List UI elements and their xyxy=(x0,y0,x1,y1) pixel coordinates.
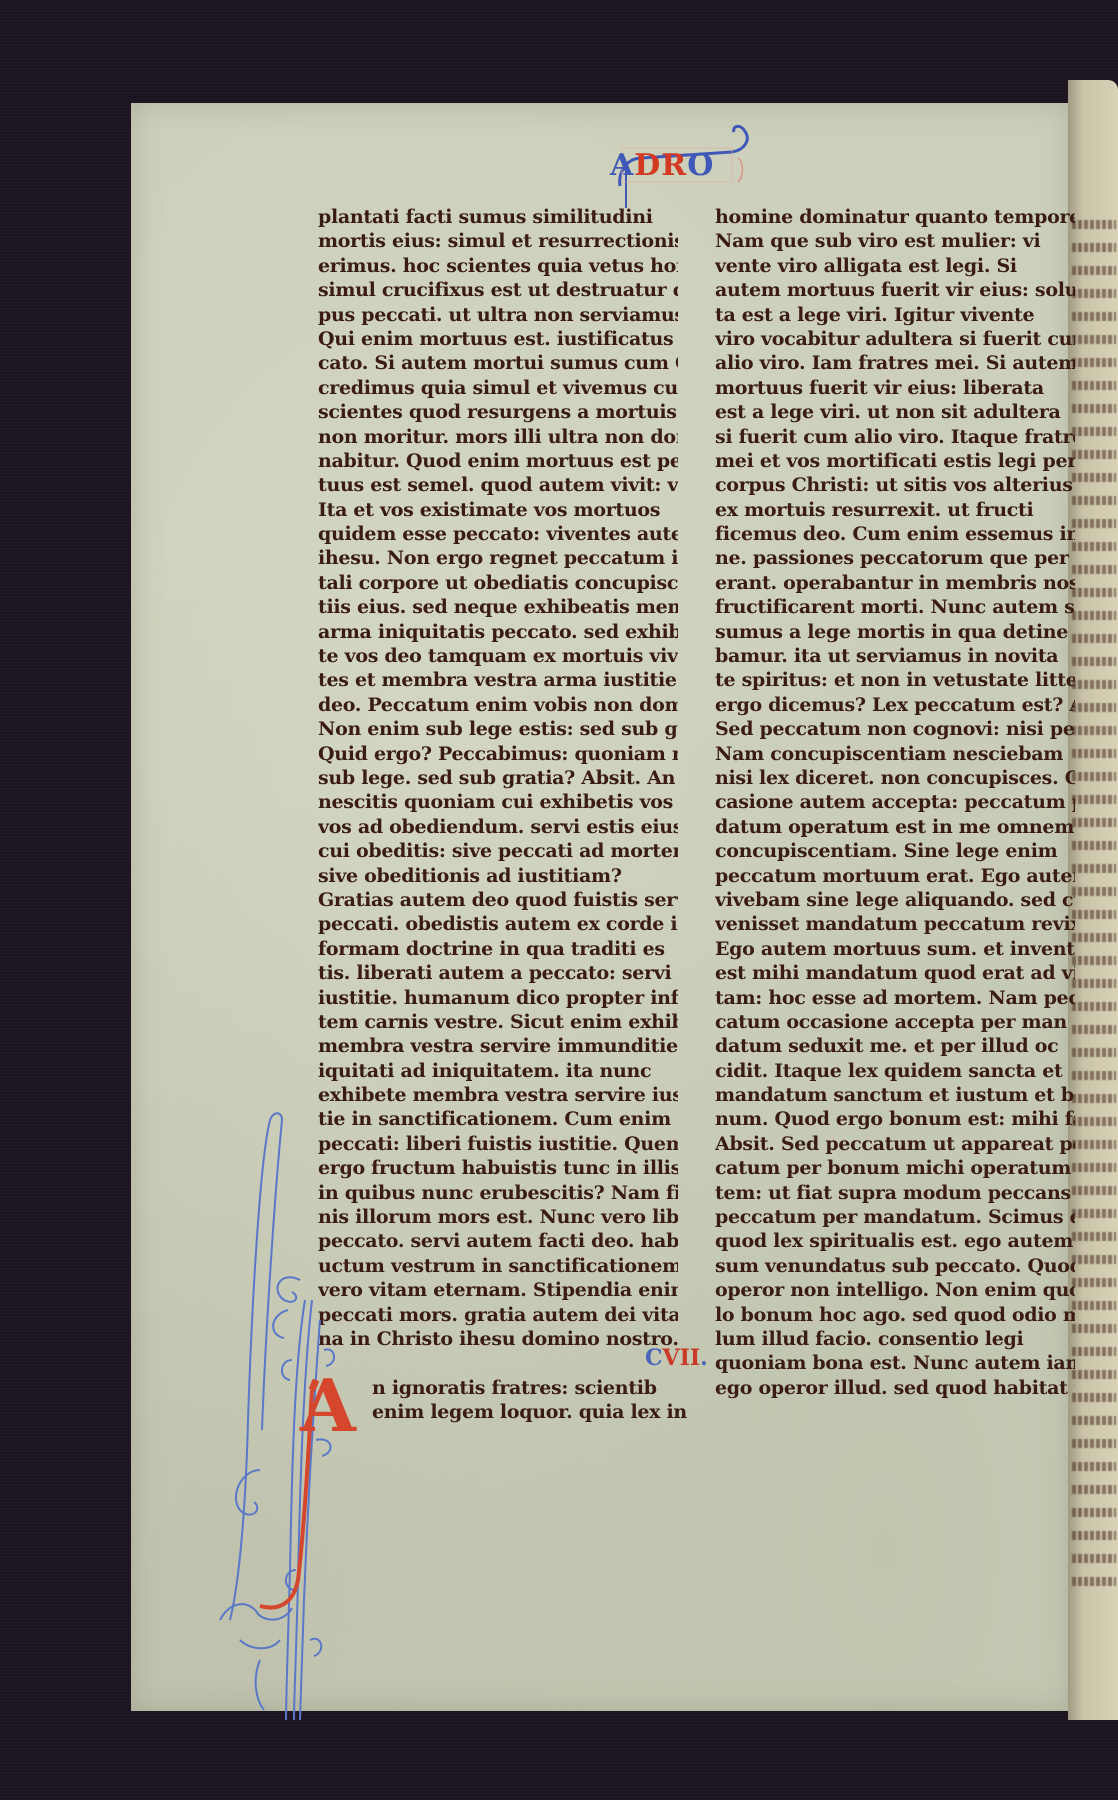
adjacent-leaf-text-line xyxy=(1072,703,1116,712)
text-line: nisi lex diceret. non concupisces. Oc xyxy=(715,766,1075,790)
adjacent-leaf-edge xyxy=(1068,80,1118,1720)
text-line: Ego autem mortuus sum. et inventum xyxy=(715,937,1075,961)
text-line: nescitis quoniam cui exhibetis vos ser xyxy=(318,790,678,814)
running-header: A D R O xyxy=(610,145,714,185)
adjacent-leaf-text-line xyxy=(1072,1324,1116,1333)
text-line: enim legem loquor. quia lex in xyxy=(372,1400,687,1424)
adjacent-leaf-text-line xyxy=(1072,1370,1116,1379)
adjacent-leaf-text-line xyxy=(1072,611,1116,620)
running-header-letter: R xyxy=(661,148,687,183)
text-line: num. Quod ergo bonum est: mihi factum es… xyxy=(715,1107,1075,1131)
text-line: cui obeditis: sive peccati ad mortem xyxy=(318,839,678,863)
text-line: arma iniquitatis peccato. sed exhibi xyxy=(318,620,678,644)
adjacent-leaf-text-line xyxy=(1072,1094,1116,1103)
text-line: tiis eius. sed neque exhibeatis membra xyxy=(318,595,678,619)
adjacent-leaf-text-line xyxy=(1072,1002,1116,1011)
text-line: vos ad obediendum. servi estis eius xyxy=(318,815,678,839)
text-line: ta est a lege viri. Igitur vivente xyxy=(715,303,1075,327)
text-line: vente viro alligata est legi. Si xyxy=(715,254,1075,278)
adjacent-leaf-text-line xyxy=(1072,266,1116,275)
text-line: Gratias autem deo quod fuistis servi xyxy=(318,888,678,912)
adjacent-leaf-text-line xyxy=(1072,887,1116,896)
text-line: fructificarent morti. Nunc autem soluti xyxy=(715,595,1075,619)
adjacent-leaf-text-line xyxy=(1072,1301,1116,1310)
text-line: Nam concupiscentiam nesciebam xyxy=(715,742,1075,766)
text-line: Nam que sub viro est mulier: vi xyxy=(715,229,1075,253)
text-line: sub lege. sed sub gratia? Absit. An xyxy=(318,766,678,790)
text-line: ne. passiones peccatorum que per legem xyxy=(715,546,1075,570)
adjacent-leaf-text-line xyxy=(1072,818,1116,827)
text-line: tem: ut fiat supra modum peccans xyxy=(715,1181,1075,1205)
chapter-marker-numeral: VII xyxy=(663,1345,701,1371)
text-line: datum seduxit me. et per illud oc xyxy=(715,1034,1075,1058)
adjacent-leaf-text-line xyxy=(1072,1485,1116,1494)
text-line: mei et vos mortificati estis legi per xyxy=(715,449,1075,473)
text-line: vivebam sine lege aliquando. sed cum xyxy=(715,888,1075,912)
adjacent-leaf-text-line xyxy=(1072,1508,1116,1517)
text-line: mortis eius: simul et resurrectionis xyxy=(318,229,678,253)
adjacent-leaf-text-line xyxy=(1072,1278,1116,1287)
text-line: tem carnis vestre. Sicut enim exhibuisti… xyxy=(318,1010,678,1034)
text-line: deo. Peccatum enim vobis non dominabitur xyxy=(318,693,678,717)
chapter-opening-lines: n ignoratis fratres: scientibenim legem … xyxy=(372,1376,687,1425)
text-line: formam doctrine in qua traditi es xyxy=(318,937,678,961)
text-line: peccati. obedistis autem ex corde in eam xyxy=(318,912,678,936)
text-line: autem mortuus fuerit vir eius: solu xyxy=(715,278,1075,302)
adjacent-leaf-text-line xyxy=(1072,680,1116,689)
adjacent-leaf-text-line xyxy=(1072,841,1116,850)
text-line: tis. liberati autem a peccato: servi fac… xyxy=(318,961,678,985)
text-line: Non enim sub lege estis: sed sub gratia xyxy=(318,717,678,741)
text-line: te spiritus: et non in vetustate littere… xyxy=(715,668,1075,692)
chapter-marker-prefix: C xyxy=(645,1345,663,1371)
text-line: viro vocabitur adultera si fuerit cum xyxy=(715,327,1075,351)
adjacent-leaf-text-line xyxy=(1072,1255,1116,1264)
decorated-initial: A xyxy=(300,1370,370,1450)
text-line: casione autem accepta: peccatum per man xyxy=(715,790,1075,814)
adjacent-leaf-text-line xyxy=(1072,979,1116,988)
text-line: tam: hoc esse ad mortem. Nam pec xyxy=(715,986,1075,1010)
text-line: simul crucifixus est ut destruatur cor xyxy=(318,278,678,302)
text-line: ficemus deo. Cum enim essemus in car xyxy=(715,522,1075,546)
text-line: tes et membra vestra arma iustitie xyxy=(318,668,678,692)
adjacent-leaf-text-line xyxy=(1072,358,1116,367)
text-line: catum per bonum michi operatum est mor xyxy=(715,1156,1075,1180)
text-line: plantati facti sumus similitudini xyxy=(318,205,678,229)
adjacent-leaf-text-line xyxy=(1072,1140,1116,1149)
text-line: est a lege viri. ut non sit adultera xyxy=(715,400,1075,424)
adjacent-leaf-text-line xyxy=(1072,1347,1116,1356)
text-line: concupiscentiam. Sine lege enim xyxy=(715,839,1075,863)
adjacent-leaf-text-line xyxy=(1072,795,1116,804)
text-line: pus peccati. ut ultra non serviamus pecc… xyxy=(318,303,678,327)
text-line: datum operatum est in me omnem xyxy=(715,815,1075,839)
text-line: bamur. ita ut serviamus in novita xyxy=(715,644,1075,668)
text-line: Qui enim mortuus est. iustificatus est a… xyxy=(318,327,678,351)
chapter-marker: CVII. xyxy=(645,1345,708,1371)
text-line: ego operor illud. sed quod habitat i xyxy=(715,1376,1075,1400)
text-line: nabitur. Quod enim mortuus est peccato: … xyxy=(318,449,678,473)
text-line: lo bonum hoc ago. sed quod odio ma xyxy=(715,1303,1075,1327)
running-header-letter: O xyxy=(687,148,714,183)
text-line: cidit. Itaque lex quidem sancta et xyxy=(715,1059,1075,1083)
text-line: peccatum mortuum erat. Ego autem xyxy=(715,864,1075,888)
text-line: operor non intelligo. Non enim quod vo xyxy=(715,1278,1075,1302)
adjacent-leaf-text-line xyxy=(1072,1577,1116,1586)
text-line: sumus a lege mortis in qua detine xyxy=(715,620,1075,644)
text-line: erimus. hoc scientes quia vetus homo nos… xyxy=(318,254,678,278)
text-line: si fuerit cum alio viro. Itaque fratres xyxy=(715,425,1075,449)
text-line: non moritur. mors illi ultra non domi xyxy=(318,425,678,449)
text-line: Ita et vos existimate vos mortuos xyxy=(318,498,678,522)
text-line: lum illud facio. consentio legi xyxy=(715,1327,1075,1351)
adjacent-leaf-text-line xyxy=(1072,1117,1116,1126)
adjacent-leaf-text-line xyxy=(1072,427,1116,436)
text-line: alio viro. Iam fratres mei. Si autem xyxy=(715,351,1075,375)
text-line: scientes quod resurgens a mortuis iam xyxy=(318,400,678,424)
adjacent-leaf-text-line xyxy=(1072,1048,1116,1057)
text-line: membra vestra servire immunditie et in xyxy=(318,1034,678,1058)
text-line: mortuus fuerit vir eius: liberata xyxy=(715,376,1075,400)
adjacent-leaf-text-line xyxy=(1072,1554,1116,1563)
text-line: sive obeditionis ad iustitiam? xyxy=(318,864,678,888)
adjacent-leaf-text-line xyxy=(1072,335,1116,344)
adjacent-leaf-text-line xyxy=(1072,634,1116,643)
adjacent-leaf-text-line xyxy=(1072,864,1116,873)
adjacent-leaf-text-line xyxy=(1072,933,1116,942)
text-line: peccatum per mandatum. Scimus enim xyxy=(715,1205,1075,1229)
text-line: homine dominatur quanto tempore vivit. xyxy=(715,205,1075,229)
text-line: sum venundatus sub peccato. Quod enim xyxy=(715,1254,1075,1278)
adjacent-leaf-text-line xyxy=(1072,542,1116,551)
running-header-letter: A xyxy=(610,148,634,183)
adjacent-leaf-text xyxy=(1068,220,1116,1600)
text-line: cato. Si autem mortui sumus cum Christo xyxy=(318,351,678,375)
adjacent-leaf-text-line xyxy=(1072,1393,1116,1402)
adjacent-leaf-text-line xyxy=(1072,312,1116,321)
adjacent-leaf-text-line xyxy=(1072,1163,1116,1172)
text-line: ihesu. Non ergo regnet peccatum in vestr… xyxy=(318,546,678,570)
text-line: quidem esse peccato: viventes autem deo … xyxy=(318,522,678,546)
text-line: ex mortuis resurrexit. ut fructi xyxy=(715,498,1075,522)
text-line: tuus est semel. quod autem vivit: vivit … xyxy=(318,473,678,497)
text-line: ergo dicemus? Lex peccatum est? Absit. xyxy=(715,693,1075,717)
adjacent-leaf-text-line xyxy=(1072,772,1116,781)
text-line: erant. operabantur in membris nostris xyxy=(715,571,1075,595)
text-line: quod lex spiritualis est. ego autem carn… xyxy=(715,1229,1075,1253)
text-line: corpus Christi: ut sitis vos alterius qu… xyxy=(715,473,1075,497)
text-line: venisset mandatum peccatum revixit xyxy=(715,912,1075,936)
text-line: Sed peccatum non cognovi: nisi per legem xyxy=(715,717,1075,741)
text-line: quoniam bona est. Nunc autem iam non xyxy=(715,1351,1075,1375)
chapter-marker-suffix: . xyxy=(700,1345,708,1371)
adjacent-leaf-text-line xyxy=(1072,1232,1116,1241)
adjacent-leaf-text-line xyxy=(1072,588,1116,597)
adjacent-leaf-text-line xyxy=(1072,519,1116,528)
text-line: iquitati ad iniquitatem. ita nunc xyxy=(318,1059,678,1083)
adjacent-leaf-text-line xyxy=(1072,1531,1116,1540)
adjacent-leaf-text-line xyxy=(1072,243,1116,252)
text-line: mandatum sanctum et iustum et bo xyxy=(715,1083,1075,1107)
text-line: tali corpore ut obediatis concupiscen xyxy=(318,571,678,595)
adjacent-leaf-text-line xyxy=(1072,1462,1116,1471)
adjacent-leaf-text-line xyxy=(1072,496,1116,505)
adjacent-leaf-text-line xyxy=(1072,473,1116,482)
adjacent-leaf-text-line xyxy=(1072,657,1116,666)
adjacent-leaf-text-line xyxy=(1072,956,1116,965)
adjacent-leaf-text-line xyxy=(1072,1071,1116,1080)
text-line: Absit. Sed peccatum ut appareat pec xyxy=(715,1132,1075,1156)
adjacent-leaf-text-line xyxy=(1072,381,1116,390)
right-text-column: homine dominatur quanto tempore vivit.Na… xyxy=(715,205,1075,1400)
adjacent-leaf-text-line xyxy=(1072,404,1116,413)
text-line: credimus quia simul et vivemus cum ipso xyxy=(318,376,678,400)
text-line: Quid ergo? Peccabimus: quoniam non sumus xyxy=(318,742,678,766)
adjacent-leaf-text-line xyxy=(1072,749,1116,758)
text-line: n ignoratis fratres: scientib xyxy=(372,1376,687,1400)
text-line: iustitie. humanum dico propter infirmita xyxy=(318,986,678,1010)
adjacent-leaf-text-line xyxy=(1072,289,1116,298)
adjacent-leaf-text-line xyxy=(1072,1186,1116,1195)
adjacent-leaf-text-line xyxy=(1072,450,1116,459)
text-line: catum occasione accepta per man xyxy=(715,1010,1075,1034)
adjacent-leaf-text-line xyxy=(1072,565,1116,574)
adjacent-leaf-text-line xyxy=(1072,726,1116,735)
text-line: te vos deo tamquam ex mortuis viven xyxy=(318,644,678,668)
adjacent-leaf-text-line xyxy=(1072,220,1116,229)
adjacent-leaf-text-line xyxy=(1072,1209,1116,1218)
text-line: est mihi mandatum quod erat ad vi xyxy=(715,961,1075,985)
adjacent-leaf-text-line xyxy=(1072,1025,1116,1034)
adjacent-leaf-text-line xyxy=(1072,1416,1116,1425)
adjacent-leaf-text-line xyxy=(1072,1439,1116,1448)
running-header-letter: D xyxy=(634,148,661,183)
adjacent-leaf-text-line xyxy=(1072,910,1116,919)
